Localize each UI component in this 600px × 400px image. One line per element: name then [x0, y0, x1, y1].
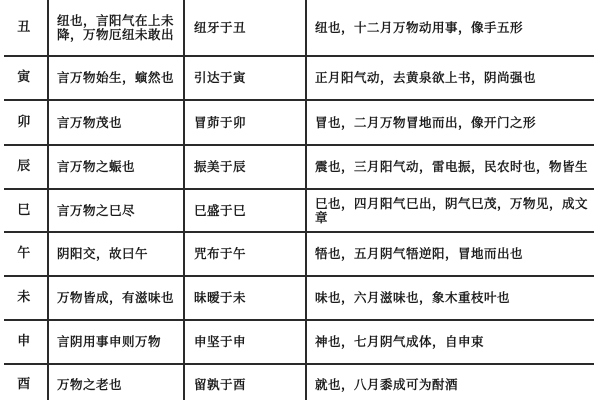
branch-text: 卯 [17, 116, 31, 130]
branch-text: 丑 [17, 21, 31, 35]
phrase-text: 申坚于申 [194, 335, 246, 349]
meaning-text: 纽也，言阳气在上未降，万物厄纽未敢出 [57, 14, 178, 42]
explanation-cell: 神也，七月阴气成体，自申束 [308, 321, 594, 363]
phrase-cell: 纽牙于丑 [186, 0, 304, 55]
branch-text: 巳 [17, 204, 31, 218]
branch-text: 午 [17, 247, 31, 261]
meaning-cell: 言万物始生，螾然也 [50, 57, 182, 99]
meaning-text: 言万物之巳尽 [57, 204, 135, 218]
phrase-cell: 昧暧于未 [186, 277, 304, 319]
phrase-cell: 冒茆于卯 [186, 101, 304, 144]
phrase-cell: 引达于寅 [186, 57, 304, 99]
explanation-cell: 正月阳气动，去黄泉欲上书，阴尚强也 [308, 57, 594, 99]
phrase-cell: 巳盛于巳 [186, 190, 304, 231]
table-row: 辰 言万物之蜄也 振美于辰 震也，三月阳气动，雷电振，民农时也，物皆生 [0, 146, 600, 188]
phrase-text: 昧暧于未 [194, 291, 246, 305]
explanation-text: 冒也，二月万物冒地而出，像开门之形 [315, 116, 536, 130]
branch-cell: 午 [0, 233, 48, 275]
table-row: 巳 言万物之巳尽 巳盛于巳 巳也，四月阳气巳出，阴气巳茂，万物见，成文章 [0, 190, 600, 231]
branch-cell: 寅 [0, 57, 48, 99]
meaning-text: 万物之老也 [57, 378, 122, 392]
table-row: 未 万物皆成，有滋味也 昧暧于未 味也，六月滋味也，象木重枝叶也 [0, 277, 600, 319]
branch-cell: 未 [0, 277, 48, 319]
explanation-text: 正月阳气动，去黄泉欲上书，阴尚强也 [315, 71, 536, 85]
explanation-cell: 巳也，四月阳气巳出，阴气巳茂，万物见，成文章 [308, 190, 594, 231]
branch-text: 辰 [17, 160, 31, 174]
meaning-cell: 言万物茂也 [50, 101, 182, 144]
phrase-cell: 留孰于酉 [186, 365, 304, 400]
meaning-cell: 言万物之巳尽 [50, 190, 182, 231]
explanation-cell: 冒也，二月万物冒地而出，像开门之形 [308, 101, 594, 144]
branch-text: 未 [17, 291, 31, 305]
meaning-cell: 阴阳交，故曰午 [50, 233, 182, 275]
meaning-cell: 言阴用事申则万物 [50, 321, 182, 363]
branch-cell: 丑 [0, 0, 48, 55]
explanation-cell: 就也，八月黍成可为酎酒 [308, 365, 594, 400]
table-row: 卯 言万物茂也 冒茆于卯 冒也，二月万物冒地而出，像开门之形 [0, 101, 600, 144]
branch-cell: 辰 [0, 146, 48, 188]
explanation-text: 味也，六月滋味也，象木重枝叶也 [315, 291, 510, 305]
explanation-text: 震也，三月阳气动，雷电振，民农时也，物皆生 [315, 160, 588, 174]
meaning-text: 万物皆成，有滋味也 [57, 291, 174, 305]
meaning-text: 言万物始生，螾然也 [57, 71, 174, 85]
explanation-cell: 牾也，五月阴气牾逆阳，冒地而出也 [308, 233, 594, 275]
meaning-cell: 万物皆成，有滋味也 [50, 277, 182, 319]
explanation-text: 纽也，十二月万物动用事，像手五形 [315, 21, 523, 35]
meaning-cell: 万物之老也 [50, 365, 182, 400]
branch-cell: 卯 [0, 101, 48, 144]
meaning-cell: 言万物之蜄也 [50, 146, 182, 188]
table-row: 午 阴阳交，故曰午 咒布于午 牾也，五月阴气牾逆阳，冒地而出也 [0, 233, 600, 275]
explanation-cell: 纽也，十二月万物动用事，像手五形 [308, 0, 594, 55]
explanation-text: 牾也，五月阴气牾逆阳，冒地而出也 [315, 247, 523, 261]
phrase-text: 冒茆于卯 [194, 116, 246, 130]
table-row: 寅 言万物始生，螾然也 引达于寅 正月阳气动，去黄泉欲上书，阴尚强也 [0, 57, 600, 99]
branch-cell: 巳 [0, 190, 48, 231]
explanation-cell: 震也，三月阳气动，雷电振，民农时也，物皆生 [308, 146, 594, 188]
phrase-text: 咒布于午 [194, 247, 246, 261]
meaning-text: 言阴用事申则万物 [57, 335, 161, 349]
meaning-text: 阴阳交，故曰午 [57, 247, 148, 261]
meaning-cell: 纽也，言阳气在上未降，万物厄纽未敢出 [50, 0, 182, 55]
phrase-text: 巳盛于巳 [194, 204, 246, 218]
explanation-text: 神也，七月阴气成体，自申束 [315, 335, 484, 349]
table-row: 申 言阴用事申则万物 申坚于申 神也，七月阴气成体，自申束 [0, 321, 600, 363]
meaning-text: 言万物之蜄也 [57, 160, 135, 174]
branch-cell: 酉 [0, 365, 48, 400]
branch-cell: 申 [0, 321, 48, 363]
phrase-text: 引达于寅 [194, 71, 246, 85]
explanation-text: 巳也，四月阳气巳出，阴气巳茂，万物见，成文章 [315, 197, 590, 225]
explanation-cell: 味也，六月滋味也，象木重枝叶也 [308, 277, 594, 319]
phrase-cell: 申坚于申 [186, 321, 304, 363]
table-row: 丑 纽也，言阳气在上未降，万物厄纽未敢出 纽牙于丑 纽也，十二月万物动用事，像手… [0, 0, 600, 55]
explanation-text: 就也，八月黍成可为酎酒 [315, 378, 458, 392]
phrase-text: 留孰于酉 [194, 378, 246, 392]
phrase-cell: 咒布于午 [186, 233, 304, 275]
phrase-text: 振美于辰 [194, 160, 246, 174]
phrase-text: 纽牙于丑 [194, 21, 246, 35]
meaning-text: 言万物茂也 [57, 116, 122, 130]
branch-text: 申 [17, 335, 31, 349]
table-row: 酉 万物之老也 留孰于酉 就也，八月黍成可为酎酒 [0, 365, 600, 400]
branch-text: 酉 [17, 378, 31, 392]
phrase-cell: 振美于辰 [186, 146, 304, 188]
branch-text: 寅 [17, 71, 31, 85]
